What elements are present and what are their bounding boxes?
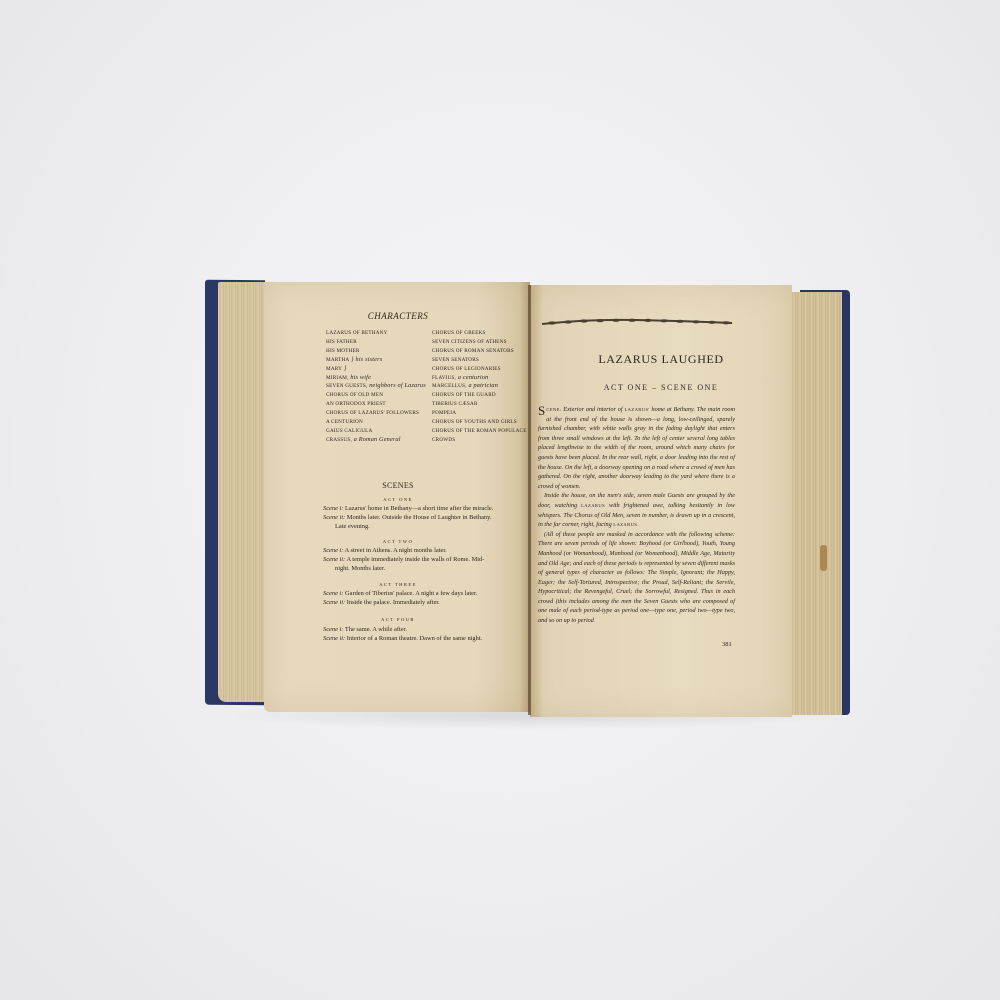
character-name: Flavius, (432, 375, 456, 381)
character-entry: Lazarus of Bethany (326, 329, 431, 338)
character-name: Chorus of Roman Senators (432, 348, 514, 354)
left-page-block-edge (218, 282, 268, 702)
character-name: Gaius Caligula (326, 428, 372, 434)
scene-entry: Scene ii: Months later. Outside the Hous… (323, 514, 523, 531)
character-name: Martha (326, 357, 349, 363)
character-entry: A Centurion (326, 418, 431, 427)
characters-heading: CHARACTERS (265, 311, 531, 321)
character-name: Chorus of Lazarus' Followers (326, 410, 419, 416)
characters-column-2: Chorus of GreeksSeven Citizens of Athens… (432, 329, 530, 445)
scene-entry: Scene i: Garden of Tiberius' palace. A n… (323, 590, 523, 599)
character-entry: Mary } (326, 365, 431, 374)
character-entry: Flavius, a centurion (432, 374, 530, 383)
character-name: Tiberius Cæsar (432, 401, 478, 407)
character-entry: Seven Citizens of Athens (432, 338, 530, 347)
stage-directions: Scene: Exterior and interior of Lazarus'… (538, 405, 735, 626)
paragraph: (All of these people are masked in accor… (538, 530, 735, 626)
character-name: His Mother (326, 348, 360, 354)
character-name: Miriam, (326, 375, 349, 381)
scene-entry: Scene i: Lazarus' home in Bethany—a shor… (323, 505, 523, 514)
page-number: 381 (722, 641, 732, 648)
character-name: Chorus of Old Men (326, 392, 383, 398)
character-entry: Martha } his sisters (326, 356, 431, 365)
character-entry: Crowds (432, 436, 530, 445)
character-entry: Chorus of Old Men (326, 391, 431, 400)
character-entry: Seven Guests, neighbors of Lazarus (326, 382, 431, 391)
character-name: Chorus of the Guard (432, 392, 496, 398)
character-name: Chorus of the Roman Populace (432, 428, 527, 434)
act-heading: ACT TWO (265, 539, 531, 544)
character-name: His Father (326, 339, 357, 345)
character-name: Seven Senators (432, 357, 479, 363)
character-description: a centurion (456, 374, 488, 381)
act-scene-heading: ACT ONE – SCENE ONE (530, 383, 792, 392)
character-entry: Chorus of Lazarus' Followers (326, 409, 431, 418)
right-page-block-edge (790, 292, 842, 715)
character-name: Chorus of Legionaries (432, 366, 501, 372)
decorative-rope-border-icon (540, 318, 734, 326)
character-name: Crowds (432, 437, 455, 443)
character-entry: An Orthodox Priest (326, 400, 431, 409)
character-name: Seven Citizens of Athens (432, 339, 507, 345)
character-description: his wife (349, 374, 371, 381)
act-heading: ACT FOUR (265, 617, 531, 622)
character-entry: Chorus of the Guard (432, 391, 530, 400)
drop-cap: S (538, 405, 545, 416)
character-entry: Chorus of Roman Senators (432, 347, 530, 356)
character-name: Mary (326, 366, 342, 372)
character-entry: His Mother (326, 347, 431, 356)
character-entry: Chorus of Legionaries (432, 365, 530, 374)
paragraph: Inside the house, on the men's side, sev… (538, 491, 735, 529)
character-description: } (342, 365, 346, 372)
scene-entry: Scene ii: A temple immediately inside th… (323, 556, 523, 573)
character-entry: Crassus, a Roman General (326, 436, 431, 445)
character-description: a Roman General (352, 436, 401, 443)
character-name: Seven Guests, (326, 383, 368, 389)
character-entry: Seven Senators (432, 356, 530, 365)
act-heading: ACT ONE (265, 497, 531, 502)
character-name: A Centurion (326, 419, 363, 425)
character-name: Pompeia (432, 410, 456, 416)
character-entry: Chorus of Greeks (432, 329, 530, 338)
character-entry: Chorus of Youths and Girls (432, 418, 530, 427)
character-description: } his sisters (349, 356, 382, 363)
act-heading: ACT THREE (265, 582, 531, 587)
page-edge-stain (820, 545, 827, 571)
character-description: a patrician (467, 382, 498, 389)
character-entry: Pompeia (432, 409, 530, 418)
play-title: LAZARUS LAUGHED (530, 352, 792, 367)
character-entry: Chorus of the Roman Populace (432, 427, 530, 436)
character-entry: Marcellus, a patrician (432, 382, 530, 391)
scene-entry: Scene ii: Inside the palace. Immediately… (323, 599, 523, 608)
scene-entry: Scene i: The same. A while after. (323, 626, 523, 635)
character-description: neighbors of Lazarus (368, 382, 426, 389)
character-name: Lazarus of Bethany (326, 330, 388, 336)
scenes-heading: SCENES (265, 481, 531, 490)
character-entry: Gaius Caligula (326, 427, 431, 436)
characters-column-1: Lazarus of BethanyHis FatherHis MotherMa… (326, 329, 431, 445)
scene-entry: Scene i: A street in Athens. A night mon… (323, 547, 523, 556)
scene-entry: Scene ii: Interior of a Roman theatre. D… (323, 635, 523, 644)
character-name: An Orthodox Priest (326, 401, 386, 407)
character-entry: Miriam, his wife (326, 374, 431, 383)
character-entry: Tiberius Cæsar (432, 400, 530, 409)
paragraph: Scene: Exterior and interior of Lazarus'… (538, 405, 735, 491)
character-entry: His Father (326, 338, 431, 347)
character-name: Chorus of Greeks (432, 330, 486, 336)
character-name: Crassus, (326, 437, 352, 443)
character-name: Marcellus, (432, 383, 467, 389)
character-name: Chorus of Youths and Girls (432, 419, 517, 425)
